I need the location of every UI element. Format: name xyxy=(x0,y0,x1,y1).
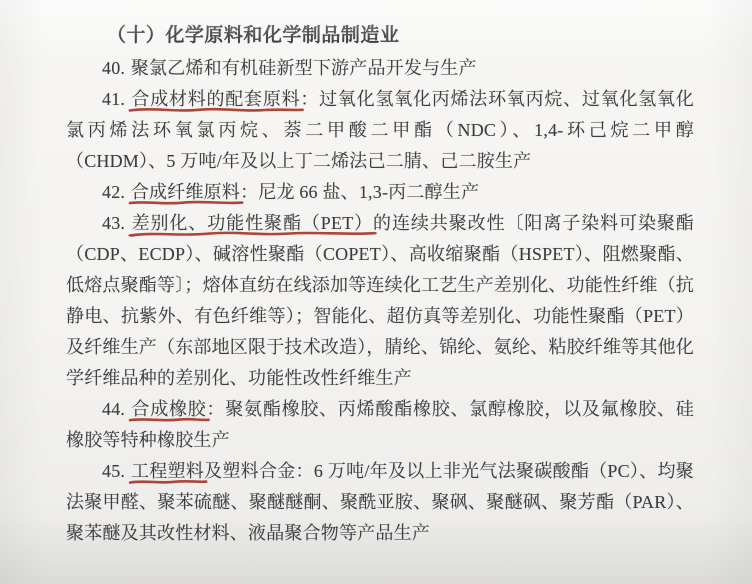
catalog-item-45: 45.工程塑料及塑料合金：6 万吨/年及以上非光气法聚碳酸酯（PC）、均聚法聚甲… xyxy=(66,456,694,549)
item-number: 45. xyxy=(102,461,125,481)
item-text: ：尼龙 66 盐、1,3-丙二醇生产 xyxy=(240,182,479,202)
catalog-item-41: 41.合成材料的配套原料：过氧化氢氧化丙烯法环氧丙烷、过氧化氢氧化氯丙烯法环氧氯… xyxy=(66,84,694,177)
item-highlight: 合成纤维原料 xyxy=(131,182,240,202)
catalog-item-40: 40.聚氯乙烯和有机硅新型下游产品开发与生产 xyxy=(66,53,694,84)
red-underlined-phrase: 合成橡胶 xyxy=(131,399,207,419)
document-photo: （十）化学原料和化学制品制造业 40.聚氯乙烯和有机硅新型下游产品开发与生产 4… xyxy=(0,0,752,584)
red-underlined-phrase: 合成材料的配套原料 xyxy=(131,89,301,109)
catalog-item-44: 44.合成橡胶：聚氨酯橡胶、丙烯酸酯橡胶、氯醇橡胶，以及氟橡胶、硅橡胶等特种橡胶… xyxy=(66,394,694,456)
catalog-item-43: 43.差别化、功能性聚酯（PET）的连续共聚改性〔阳离子染料可染聚酯（CDP、E… xyxy=(66,208,694,394)
item-highlight: 工程塑料 xyxy=(131,461,204,481)
red-underlined-phrase: 差别化、功能性聚酯（PET） xyxy=(131,213,373,233)
item-highlight: 差别化、功能性聚酯（PET） xyxy=(131,213,373,233)
item-text: 聚氯乙烯和有机硅新型下游产品开发与生产 xyxy=(131,58,477,78)
item-text: 的连续共聚改性〔阳离子染料可染聚酯（CDP、ECDP）、碱溶性聚酯（COPET）… xyxy=(66,213,694,388)
item-number: 40. xyxy=(102,58,125,78)
item-number: 43. xyxy=(102,213,125,233)
catalog-item-42: 42.合成纤维原料：尼龙 66 盐、1,3-丙二醇生产 xyxy=(66,177,694,208)
item-number: 42. xyxy=(102,182,125,202)
item-number: 41. xyxy=(102,89,125,109)
red-underlined-phrase: 工程塑料 xyxy=(131,461,204,481)
item-number: 44. xyxy=(102,399,125,419)
item-highlight: 合成橡胶 xyxy=(131,399,207,419)
item-highlight: 合成材料的配套原料 xyxy=(131,89,301,109)
document-text-block: （十）化学原料和化学制品制造业 40.聚氯乙烯和有机硅新型下游产品开发与生产 4… xyxy=(66,20,694,549)
section-heading: （十）化学原料和化学制品制造业 xyxy=(66,20,694,51)
red-underlined-phrase: 合成纤维原料 xyxy=(131,182,240,202)
